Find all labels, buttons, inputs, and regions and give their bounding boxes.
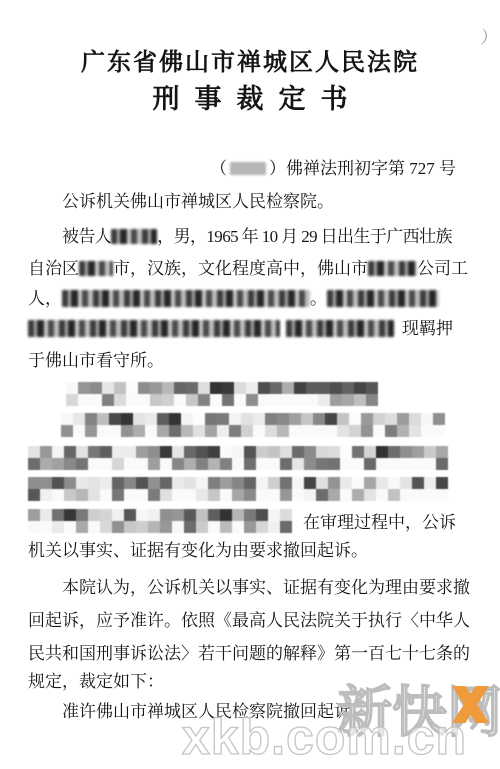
trial-line: 在审理过程中，公诉	[303, 512, 456, 533]
opinion-line-3: 民共和国刑事诉讼法〉若干问题的解释》第一百七十七条的	[28, 643, 470, 664]
document-title: 刑事裁定书	[0, 77, 500, 116]
opinion-line-4: 规定，裁定如下：	[28, 671, 164, 692]
origin-mid: 市，汉族，文化程度高中，佛山市	[113, 259, 368, 278]
redacted-paragraph-line-1	[66, 382, 380, 406]
defendant-info: ，男，1965 年 10 月 29 日出生于广西壮族	[157, 227, 452, 246]
redaction-box-case-year	[230, 162, 266, 175]
redaction-city	[79, 261, 113, 276]
redaction-date-2	[286, 320, 394, 337]
custody-tail: 现羁押	[402, 319, 453, 338]
redaction-date-1	[327, 290, 439, 307]
opinion-line-2: 回起诉，应予准许。依照《最高人民法院关于执行〈中华人	[28, 610, 470, 631]
redacted-paragraph-line-3	[28, 446, 455, 470]
redacted-paragraph-line-2	[61, 413, 453, 437]
redaction-address	[62, 290, 310, 307]
ruling-line: 准许佛山市禅城区人民检察院撤回起诉。	[62, 701, 368, 722]
case-number-suffix: ）佛禅法刑初字第 727 号	[269, 159, 456, 178]
redaction-defendant-name	[111, 229, 157, 244]
court-name: 广东省佛山市禅城区人民法院	[0, 42, 500, 77]
defendant-label: 被告人	[62, 227, 111, 246]
address-separator: 。	[310, 289, 327, 308]
defendant-line: 被告人，男，1965 年 10 月 29 日出生于广西壮族	[62, 226, 452, 247]
custody-cont-line: 于佛山市看守所。	[28, 350, 164, 371]
origin-pre: 自治区	[28, 259, 79, 278]
opinion-line-1: 本院认为，公诉机关以事实、证据有变化为理由要求撤	[62, 577, 470, 598]
court-document-page: ） 广东省佛山市禅城区人民法院 刑事裁定书 （）佛禅法刑初字第 727 号 公诉…	[0, 0, 500, 769]
redacted-paragraph-line-4	[28, 477, 457, 501]
redaction-detention-info	[28, 320, 280, 337]
prosecutor-line: 公诉机关佛山市禅城区人民检察院。	[62, 191, 334, 212]
case-number-prefix: （	[210, 159, 227, 178]
trial-cont-line: 机关以事实、证据有变化为由要求撤回起诉。	[28, 540, 368, 561]
origin-line: 自治区市，汉族，文化程度高中，佛山市公司工	[28, 258, 468, 279]
xkb-logo-icon	[450, 684, 491, 725]
redacted-paragraph-line-5	[28, 509, 298, 533]
case-number: （）佛禅法刑初字第 727 号	[210, 154, 456, 179]
custody-line: 现羁押	[28, 318, 453, 339]
address-pre: 人，	[28, 289, 62, 308]
origin-post: 公司工	[417, 259, 468, 278]
address-line: 人，。	[28, 288, 439, 309]
redaction-employer	[368, 261, 417, 276]
